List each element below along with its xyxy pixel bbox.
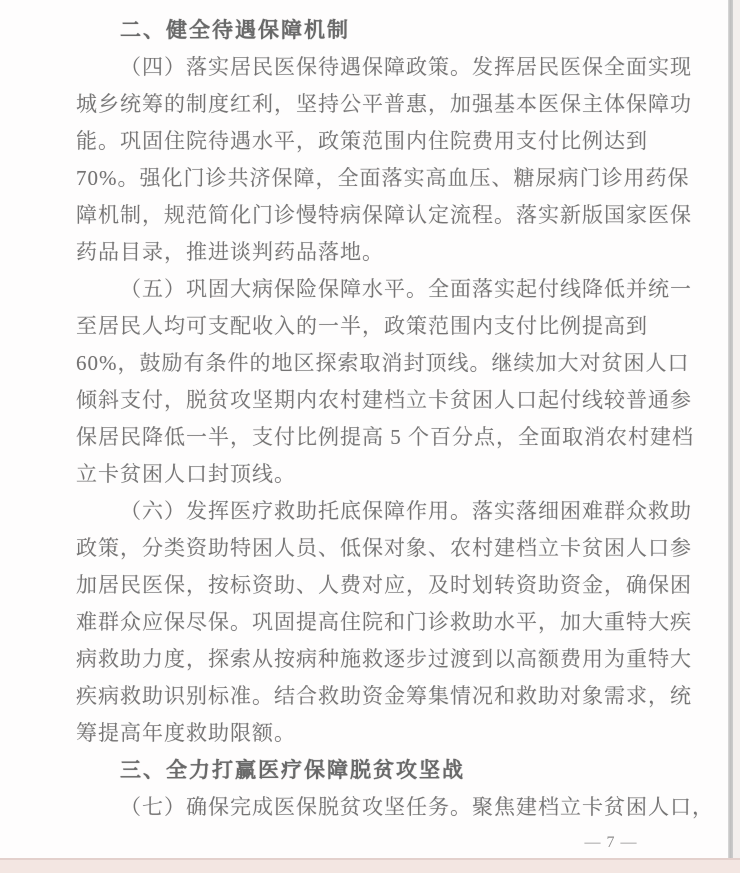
document-page: 二、健全待遇保障机制 （四）落实居民医保待遇保障政策。发挥居民医保全面实现 城乡… [0, 0, 740, 860]
page-right-edge-margin [733, 0, 740, 860]
text-line: 难群众应保尽保。巩固提高住院和门诊救助水平，加大重特大疾 [76, 604, 698, 641]
section-heading-2: 二、健全待遇保障机制 [76, 12, 698, 49]
text-line: 倾斜支付，脱贫攻坚期内农村建档立卡贫困人口起付线较普通参 [76, 382, 698, 419]
text-line: 筹提高年度救助限额。 [76, 715, 698, 752]
text-line: 立卡贫困人口封顶线。 [76, 456, 698, 493]
text-line: 60%，鼓励有条件的地区探索取消封顶线。继续加大对贫困人口 [76, 345, 698, 382]
text-line: 政策，分类资助特困人员、低保对象、农村建档立卡贫困人口参 [76, 530, 698, 567]
paragraph-6-lead-line: （六）发挥医疗救助托底保障作用。落实落细困难群众救助 [76, 493, 698, 530]
text-line: 至居民人均可支配收入的一半，政策范围内支付比例提高到 [76, 308, 698, 345]
text-line: 病救助力度，探索从按病种施救逐步过渡到以高额费用为重特大 [76, 641, 698, 678]
text-line: 能。巩固住院待遇水平，政策范围内住院费用支付比例达到 [76, 123, 698, 160]
text-line: 70%。强化门诊共济保障，全面落实高血压、糖尿病门诊用药保 [76, 160, 698, 197]
section-heading-3: 三、全力打赢医疗保障脱贫攻坚战 [76, 752, 698, 789]
text-line: 城乡统筹的制度红利，坚持公平普惠，加强基本医保主体保障功 [76, 86, 698, 123]
document-body: 二、健全待遇保障机制 （四）落实居民医保待遇保障政策。发挥居民医保全面实现 城乡… [76, 12, 698, 826]
text-line: 加居民医保，按标资助、人费对应，及时划转资助资金，确保困 [76, 567, 698, 604]
text-line: 疾病救助识别标准。结合救助资金筹集情况和救助对象需求，统 [76, 678, 698, 715]
page-number: — 7 — [566, 834, 656, 852]
paragraph-7-lead-line: （七）确保完成医保脱贫攻坚任务。聚焦建档立卡贫困人口， [76, 789, 698, 826]
text-line: 药品目录，推进谈判药品落地。 [76, 234, 698, 271]
paragraph-5-lead-line: （五）巩固大病保险保障水平。全面落实起付线降低并统一 [76, 271, 698, 308]
text-line: 保居民降低一半，支付比例提高 5 个百分点，全面取消农村建档 [76, 419, 698, 456]
text-line: 障机制，规范简化门诊慢特病保障认定流程。落实新版国家医保 [76, 197, 698, 234]
paragraph-4-lead-line: （四）落实居民医保待遇保障政策。发挥居民医保全面实现 [76, 49, 698, 86]
page-bottom-edge [0, 858, 740, 873]
